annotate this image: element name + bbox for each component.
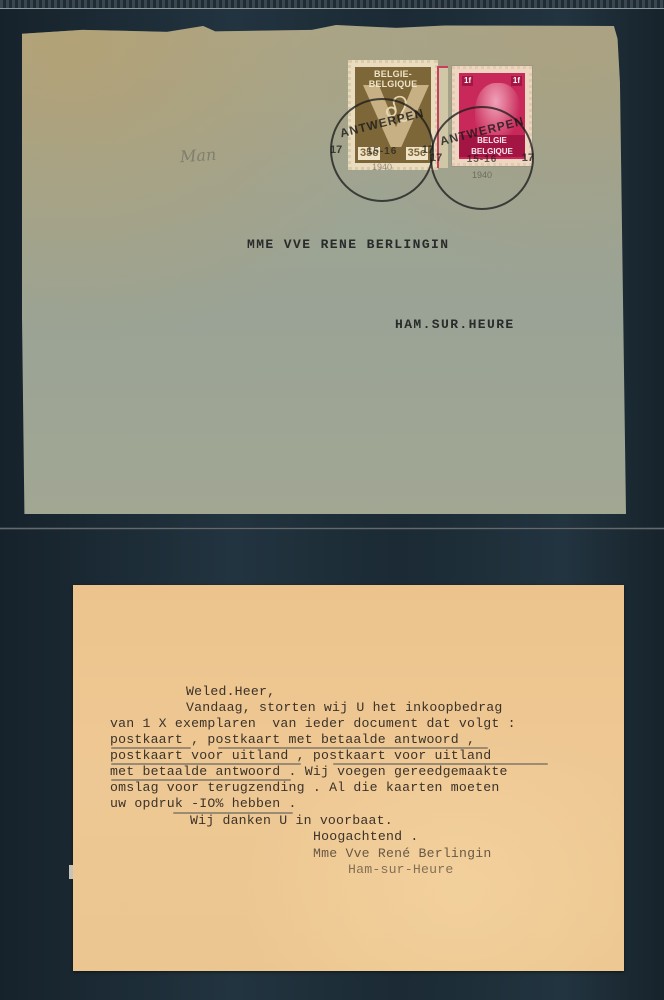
stamp-value-right: 1f: [511, 76, 522, 86]
pencil-underline: [218, 747, 488, 749]
postmark-date: 15-16: [332, 146, 432, 157]
card-line: postkaart voor uitland , postkaart voor …: [110, 748, 491, 763]
card-line: Vandaag, storten wij U het inkoopbedrag: [186, 700, 502, 715]
postcard: Weled.Heer, Vandaag, storten wij U het i…: [73, 585, 624, 971]
postmark: ANTWERPEN 17 17 15-16 1940: [330, 98, 434, 202]
card-line: omslag voor terugzending . Al die kaarte…: [110, 780, 499, 795]
stamp-country: BELGIE-BELGIQUE: [355, 69, 431, 89]
postmark-year: 1940: [332, 162, 432, 172]
card-line-signature: Mme Vve René Berlingin: [313, 846, 492, 861]
album-top-strip: [0, 0, 664, 9]
pencil-underline: [111, 747, 191, 749]
pencil-underline: [173, 812, 293, 814]
postmark-year: 1940: [432, 170, 532, 180]
card-line: Wij danken U in voorbaat.: [190, 813, 393, 828]
postmark-date: 15-16: [432, 154, 532, 165]
card-line: van 1 X exemplaren van ieder document da…: [110, 716, 516, 731]
postmark: ANTWERPEN 17 17 15-16 1940: [430, 106, 534, 210]
pencil-underline: [111, 779, 291, 781]
pencil-underline: [333, 763, 548, 765]
card-line-signature-town: Ham-sur-Heure: [348, 862, 453, 877]
card-line: postkaart , postkaart met betaalde antwo…: [110, 732, 475, 747]
pencil-note: Man: [179, 145, 216, 166]
envelope: [22, 24, 626, 514]
address-name: MME VVE RENE BERLINGIN: [247, 237, 449, 252]
card-line-salutation: Weled.Heer,: [186, 684, 275, 699]
address-city: HAM.SUR.HEURE: [395, 317, 515, 332]
card-line-closing: Hoogachtend .: [313, 829, 418, 844]
stamp-value-left: 1f: [462, 76, 473, 86]
card-line: uw opdruk -IO% hebben .: [110, 796, 297, 811]
pencil-underline: [111, 763, 301, 765]
card-line: met betaalde antwoord . Wij voegen geree…: [110, 764, 508, 779]
